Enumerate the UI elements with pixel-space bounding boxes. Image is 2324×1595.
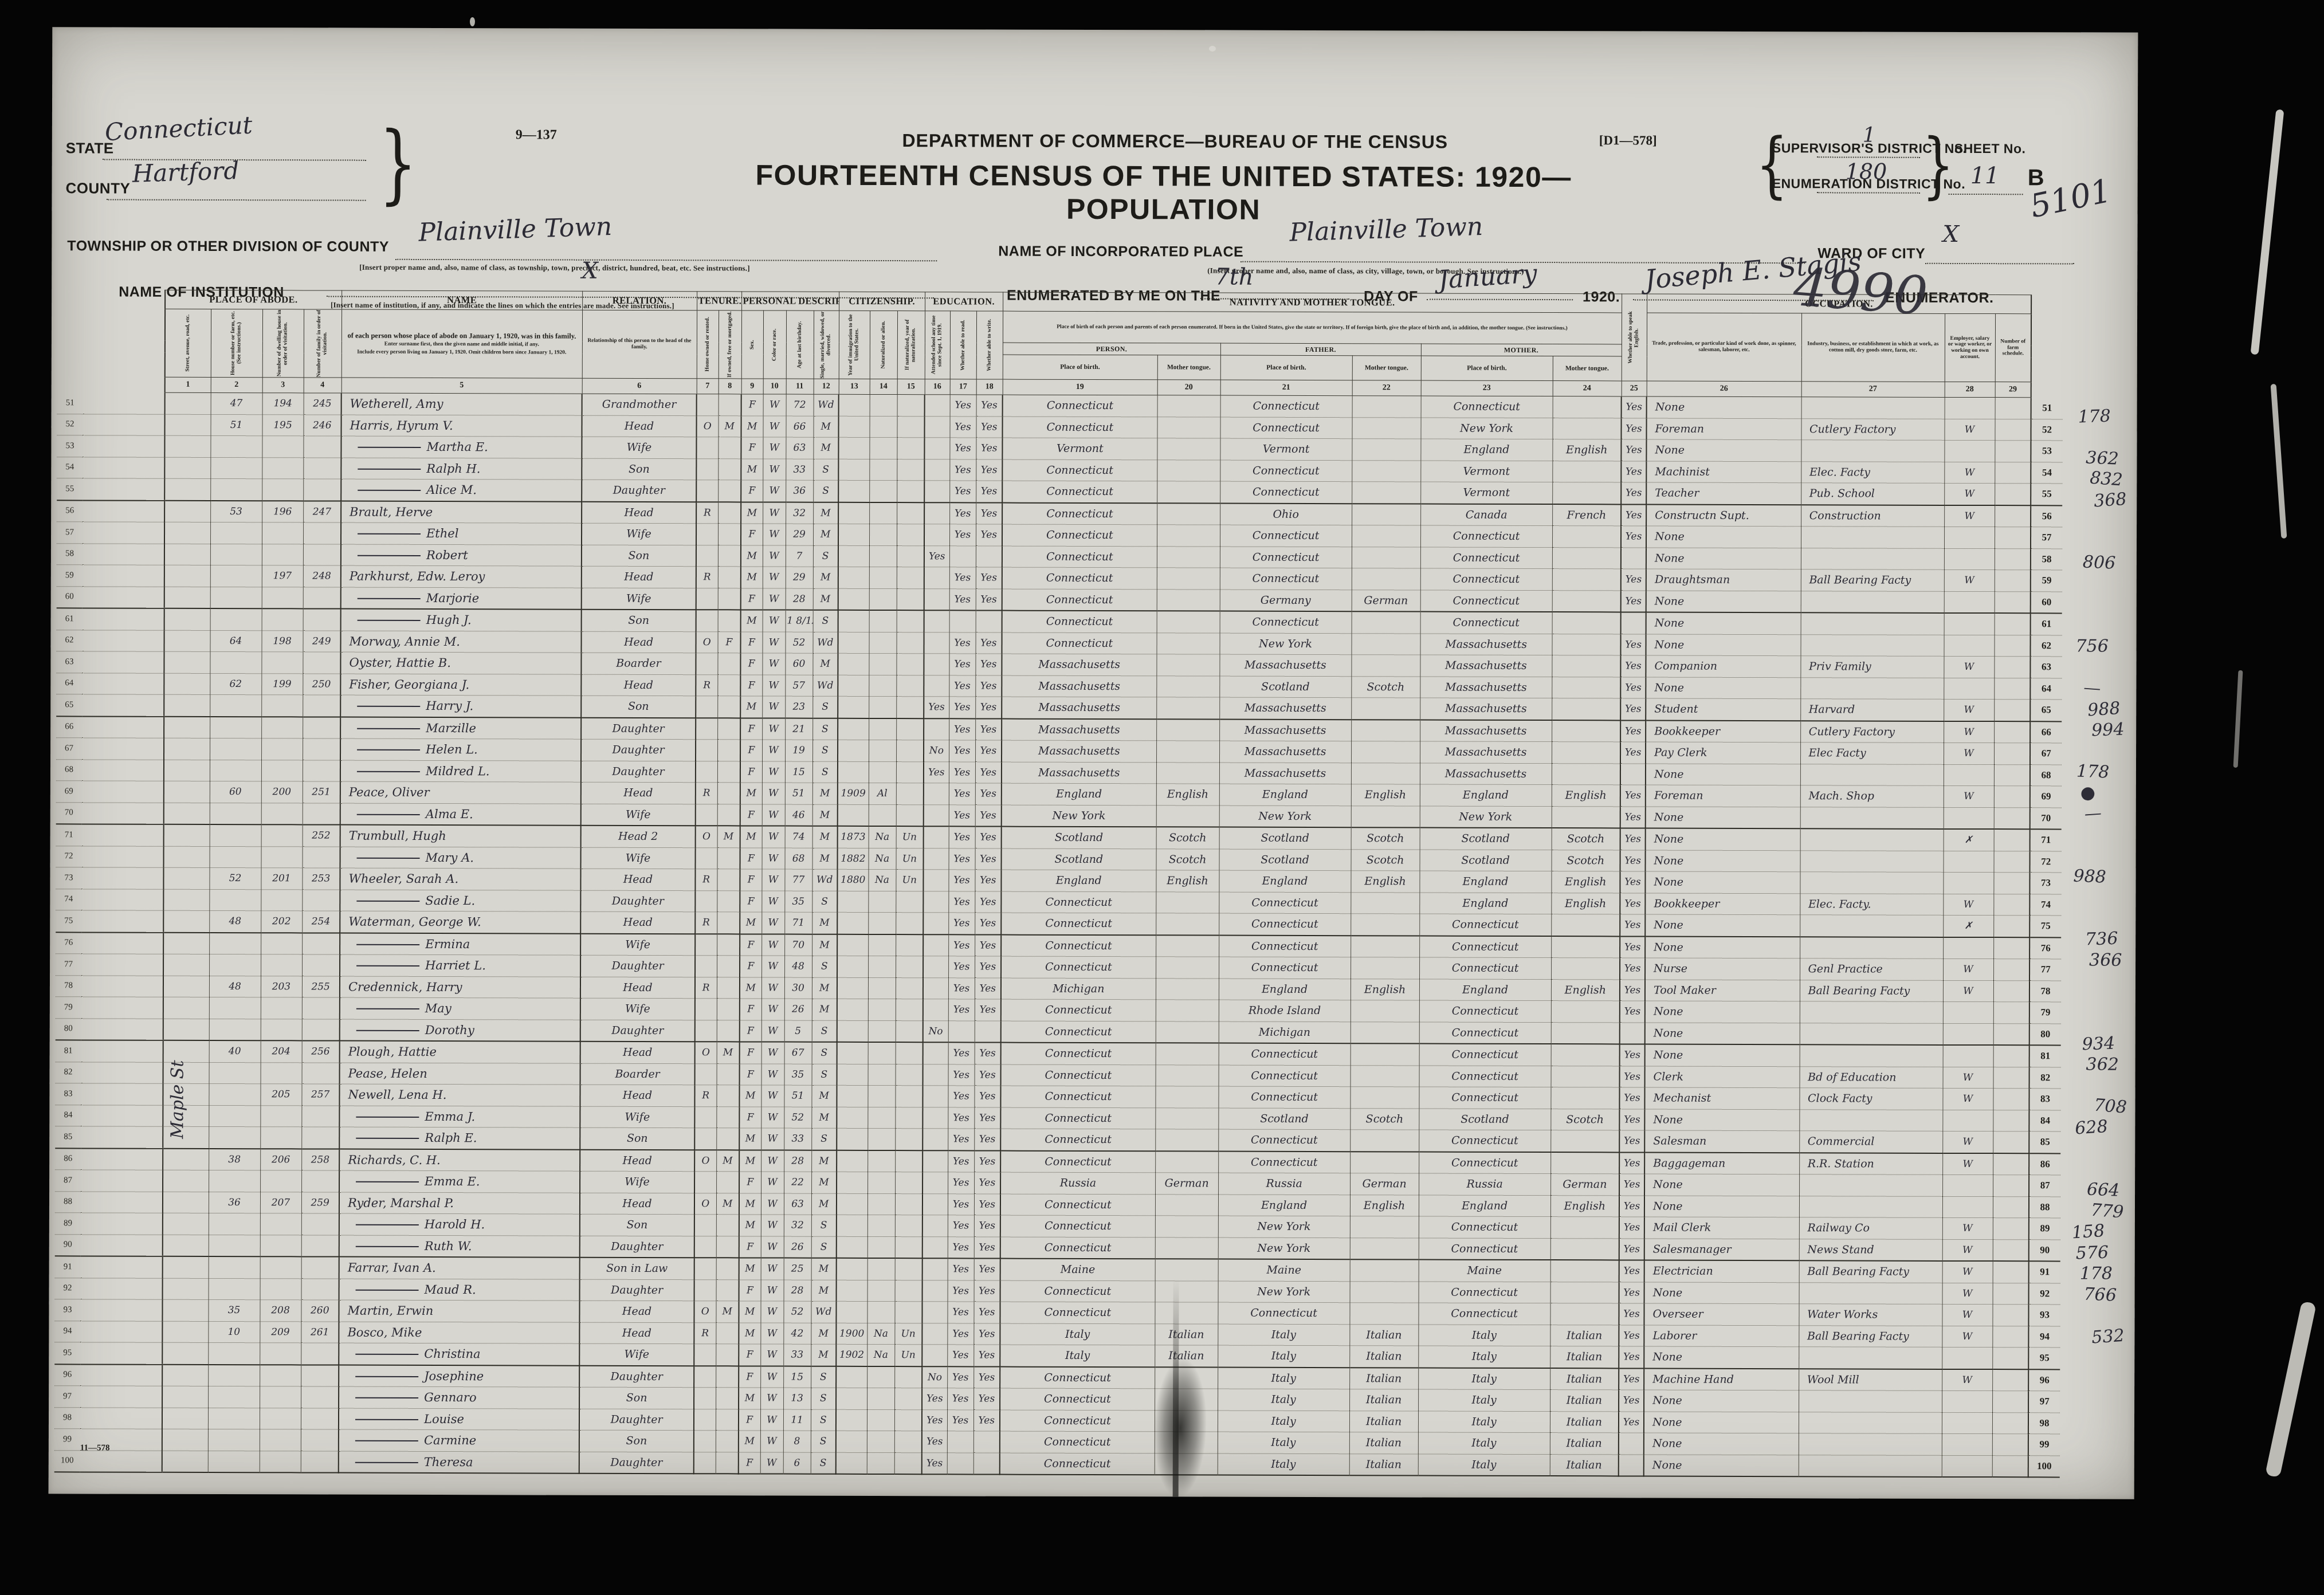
col-number-25: 25 (1622, 381, 1647, 396)
cell-dw (262, 587, 303, 608)
cell-sex: F (739, 1366, 760, 1388)
cell-bpt (1156, 935, 1219, 957)
cell-ind (1799, 1433, 1942, 1455)
col-number-14: 14 (870, 379, 897, 394)
line-number-right: 96 (2028, 1369, 2060, 1391)
cell-age: 77 (784, 869, 812, 891)
col-number-21: 21 (1220, 380, 1352, 396)
line-number-left: 81 (56, 1040, 81, 1062)
cell-fbp: Russia (1218, 1173, 1350, 1195)
line-number-left: 73 (56, 867, 81, 889)
cell-ten: R (695, 977, 717, 999)
cell-mbpt (1550, 1303, 1619, 1325)
cell-naty (896, 934, 923, 956)
cell-sch: No (924, 740, 949, 762)
cell-fam (301, 1256, 339, 1278)
cell-farm (1994, 764, 2030, 786)
cell-rel: Head (580, 977, 695, 999)
cell-rd: Yes (948, 1215, 974, 1237)
cell-fam (302, 1062, 340, 1084)
cell-naty (894, 1366, 922, 1388)
cell-mtg (717, 804, 740, 826)
cell-bp: Scotland (1002, 848, 1156, 870)
margin-gap (81, 1278, 163, 1299)
cell-mbpt: Italian (1550, 1454, 1619, 1476)
scan-streak (2251, 109, 2284, 355)
cell-mar: M (812, 999, 837, 1020)
cell-sch (923, 913, 948, 934)
cell-cls (1944, 678, 1994, 700)
cell-mbpt (1552, 655, 1620, 677)
margin-gap (83, 565, 164, 587)
col-header-11: Single, married, widowed, or divorced. (814, 311, 839, 379)
line-number-left: 87 (55, 1170, 81, 1192)
cell-sex: M (740, 912, 761, 934)
township-value: Plainville Town (418, 212, 613, 247)
cell-rd: Yes (948, 1086, 974, 1107)
cell-mbp: Vermont (1420, 460, 1552, 482)
cell-fbp: Connecticut (1218, 1302, 1350, 1324)
cell-cls (1944, 807, 1994, 829)
cell-ten: R (696, 783, 717, 804)
cell-h: 52 (209, 867, 261, 889)
line-number-left: 69 (56, 781, 82, 803)
cell-ten: O (694, 1301, 716, 1323)
cell-eng: Yes (1620, 936, 1645, 958)
cell-sex: M (739, 1150, 761, 1172)
cell-rel: Son (580, 1214, 694, 1236)
cell-fbp: New York (1218, 1237, 1350, 1260)
margin-gap (82, 716, 164, 738)
cell-fbp: Connecticut (1218, 1129, 1350, 1152)
cell-mar: S (811, 1236, 837, 1258)
cell-age: 33 (783, 1344, 811, 1366)
cell-fam (301, 1451, 339, 1472)
cell-st (164, 673, 210, 695)
cell-cls: W (1944, 721, 1994, 742)
cell-mbpt (1550, 1217, 1619, 1239)
cell-ind: Clock Facty (1799, 1088, 1942, 1110)
cell-naty (897, 610, 924, 632)
cell-col: W (763, 437, 786, 459)
cell-eng: Yes (1620, 655, 1646, 677)
line-number-right: 53 (2031, 441, 2062, 462)
line-number-right: 56 (2031, 505, 2062, 527)
cell-mbp: Massachusetts (1420, 633, 1552, 655)
cell-ten (694, 1366, 716, 1388)
cell-wr: Yes (975, 675, 1002, 697)
cell-name: Marzille (340, 717, 581, 739)
group-tenure: TENURE. (697, 292, 741, 311)
margin-gap (80, 1299, 162, 1321)
cell-rel: Boarder (580, 1063, 695, 1085)
cell-ind: Mach. Shop (1800, 785, 1944, 807)
cell-mar: S (813, 545, 838, 567)
cell-bp: Connecticut (1000, 1194, 1155, 1216)
cell-fbp: Massachusetts (1219, 654, 1351, 676)
cell-ten: O (696, 415, 718, 437)
cell-fam (303, 436, 341, 458)
cell-mar: M (813, 524, 838, 545)
cell-fbp: Germany (1220, 590, 1352, 612)
cell-bp: Connecticut (1000, 1366, 1155, 1389)
cell-farm (1995, 441, 2031, 462)
cell-nat (867, 1215, 895, 1236)
cell-mar: M (812, 653, 838, 675)
cell-wr: Yes (975, 718, 1002, 740)
cell-h (210, 435, 262, 457)
line-number-left: 70 (56, 802, 82, 824)
cell-occ: Pay Clerk (1646, 742, 1800, 764)
person-row-100: 100TheresaDaughterFW6SYesConnecticutItal… (54, 1450, 2060, 1477)
line-number-left: 95 (54, 1342, 80, 1364)
cell-sch (922, 1258, 948, 1280)
cell-rd: Yes (948, 891, 975, 913)
cell-fbp: Italy (1218, 1432, 1349, 1453)
cell-mtg (717, 761, 740, 783)
cell-fbpt (1350, 1087, 1419, 1109)
cell-cls: W (1944, 462, 1995, 484)
cell-age: 32 (784, 1215, 811, 1236)
cell-nat (869, 567, 897, 588)
cell-dw (261, 760, 303, 781)
cell-farm (1992, 1455, 2028, 1477)
cell-naty (897, 416, 925, 438)
cell-naty (894, 1409, 922, 1431)
cell-fbpt (1351, 914, 1419, 936)
line-number-left: 76 (56, 932, 81, 954)
cell-ind: Water Works (1799, 1304, 1942, 1326)
cell-age: 7 (786, 545, 813, 567)
cell-bpt (1156, 978, 1219, 1000)
cell-bp: England (1002, 783, 1156, 805)
margin-gap (80, 1342, 162, 1364)
cell-imm (838, 610, 869, 632)
cell-mbpt (1552, 698, 1620, 720)
cell-st (164, 565, 210, 587)
cell-mbp: Connecticut (1419, 914, 1551, 936)
cell-mbp: Massachusetts (1420, 676, 1552, 698)
census-sheet-page: 9—137 STATE Connecticut COUNTY Hartford … (49, 27, 2138, 1499)
cell-mbp: Connecticut (1419, 1216, 1550, 1238)
cell-name: Marjorie (341, 587, 582, 610)
cell-rel: Wife (580, 998, 695, 1020)
cell-mbp: Connecticut (1420, 525, 1552, 547)
cell-ten (696, 458, 718, 480)
cell-bpt (1157, 438, 1220, 460)
cell-mtg (716, 1236, 739, 1258)
cell-fbp: Connecticut (1220, 460, 1352, 482)
cell-ind (1801, 440, 1944, 462)
cell-mar: S (811, 1366, 836, 1388)
cell-nat (869, 545, 897, 567)
cell-fbpt (1351, 1065, 1419, 1087)
cell-bp: Connecticut (1001, 934, 1156, 957)
cell-h (208, 1364, 260, 1386)
cell-sex: M (740, 826, 762, 847)
cell-farm (1993, 1175, 2029, 1197)
cell-wr (973, 1452, 1000, 1474)
cell-sch (922, 1150, 948, 1172)
cell-cls (1943, 937, 1993, 958)
cell-ten: O (696, 631, 718, 653)
cell-fam: 247 (303, 501, 341, 522)
line-number-left: 86 (55, 1148, 81, 1170)
cell-eng: Yes (1622, 396, 1647, 418)
cell-age: 63 (784, 1193, 811, 1215)
cell-wr: Yes (975, 740, 1002, 762)
line-number-right: 55 (2031, 484, 2062, 505)
cell-fam (302, 889, 340, 911)
cell-bpt (1156, 1000, 1219, 1022)
cell-rd: Yes (947, 1302, 973, 1323)
line-number-left: 60 (57, 586, 83, 608)
cell-mtg (717, 1020, 740, 1042)
cell-cls: W (1943, 1067, 1993, 1089)
cell-rd: Yes (947, 1323, 973, 1345)
cell-eng: Yes (1619, 1411, 1644, 1433)
cell-imm (837, 1042, 868, 1064)
cell-mbp: Vermont (1420, 482, 1552, 504)
cell-eng: Yes (1621, 569, 1646, 591)
cell-fbpt (1351, 1000, 1419, 1022)
cell-nat (867, 1150, 895, 1172)
cell-age: 22 (784, 1172, 811, 1193)
cell-eng: Yes (1620, 677, 1646, 698)
margin-gap (82, 802, 164, 824)
cell-rd: Yes (949, 826, 975, 848)
cell-age: 11 (783, 1409, 811, 1431)
cell-mtg (717, 977, 740, 999)
cell-bp: Scotland (1002, 827, 1156, 849)
cell-occ: Salesmanager (1644, 1239, 1799, 1261)
cell-fbpt (1350, 1281, 1419, 1303)
cell-occ: None (1645, 1044, 1800, 1067)
cell-bp: Connecticut (1000, 1431, 1155, 1453)
cell-mtg (716, 1258, 739, 1279)
cell-nat: Al (869, 783, 896, 804)
cell-name: Gennaro (339, 1386, 579, 1409)
cell-fam (301, 1235, 339, 1256)
cell-ind (1800, 677, 1944, 699)
cell-ind: Ball Bearing Facty (1801, 569, 1944, 591)
cell-st (163, 1148, 209, 1170)
cell-fam (301, 1429, 339, 1451)
cell-cls: W (1944, 505, 1995, 527)
col-number-24: 24 (1553, 381, 1622, 396)
cell-nat (869, 761, 896, 783)
cell-imm (837, 1020, 868, 1042)
cell-age: 6 (783, 1452, 811, 1474)
cell-fam (301, 1408, 339, 1429)
col-header-street: Street, avenue, road, etc. (165, 309, 211, 377)
cell-fbpt (1352, 525, 1420, 547)
cell-h (210, 716, 261, 738)
cell-fam (301, 1386, 339, 1408)
margin-gap (82, 781, 164, 803)
cell-occ: Companion (1646, 655, 1800, 677)
cell-occ: None (1647, 396, 1801, 418)
cell-fbp: Connecticut (1220, 547, 1352, 568)
margin-tally-93: 178 (2080, 1264, 2113, 1284)
cell-col: W (761, 1150, 784, 1172)
cell-name: Plough, Hattie (340, 1041, 580, 1063)
cell-ten: R (695, 869, 717, 891)
cell-mbp: Massachusetts (1420, 655, 1552, 677)
cell-ind: Cutlery Factory (1801, 418, 1945, 440)
cell-fam (303, 738, 340, 760)
cell-dw (260, 1343, 301, 1365)
cell-mbp: England (1419, 892, 1551, 914)
col-header-9: Color or race. (763, 311, 786, 379)
cell-mar: S (812, 956, 837, 977)
cell-ind (1799, 1174, 1942, 1196)
cell-nat (868, 1042, 896, 1064)
cell-sex: M (739, 1258, 761, 1279)
cell-fam (303, 652, 340, 674)
cell-h (208, 1429, 260, 1451)
cell-fbpt (1352, 504, 1420, 525)
cell-sch (922, 1302, 947, 1323)
cell-fbpt (1352, 396, 1421, 418)
cell-age: 30 (784, 977, 812, 999)
cell-name: Emma E. (339, 1170, 580, 1193)
cell-col: W (763, 524, 786, 545)
margin-gap (83, 478, 164, 500)
cell-wr: Yes (975, 1064, 1001, 1086)
cell-fbp: New York (1220, 633, 1352, 655)
line-number-left: 80 (56, 1018, 81, 1040)
cell-age: 51 (784, 1085, 811, 1107)
line-number-right: 99 (2028, 1434, 2060, 1456)
cell-mbpt: Italian (1550, 1325, 1619, 1346)
col-header-speak-english: Whether able to speak English. (1622, 294, 1647, 381)
cell-farm (1992, 1412, 2028, 1434)
cell-dw (261, 803, 303, 824)
cell-wr (975, 1020, 1001, 1042)
incorporated-value: Plainville Town (1289, 212, 1483, 247)
county-value: Hartford (132, 156, 240, 188)
cell-occ: Machine Hand (1644, 1368, 1799, 1390)
cell-cls (1944, 613, 1995, 635)
cell-farm (1993, 1196, 2029, 1218)
cell-bpt: English (1156, 784, 1219, 806)
cell-age: 67 (784, 1042, 812, 1064)
cell-rel: Head (582, 566, 696, 588)
cell-age: 33 (784, 1128, 811, 1150)
margin-gap (82, 651, 164, 673)
cell-mtg (718, 610, 741, 631)
cell-cls: W (1942, 1217, 1993, 1239)
cell-bp: Vermont (1002, 438, 1157, 459)
cell-col: W (760, 1452, 783, 1474)
cell-ten (695, 1063, 717, 1085)
cell-fbpt (1351, 741, 1420, 763)
cell-fbpt (1350, 1259, 1419, 1281)
line-number-right: 92 (2029, 1283, 2060, 1305)
cell-dw (260, 1451, 301, 1472)
cell-fbpt: English (1351, 979, 1419, 1000)
cell-nat (867, 1431, 894, 1452)
cell-nat (869, 718, 896, 740)
line-number-left: 96 (54, 1364, 80, 1386)
cell-bp: Connecticut (1000, 1302, 1155, 1323)
cell-eng: Yes (1619, 1390, 1644, 1412)
cell-nat (869, 696, 896, 718)
cell-ind (1800, 1023, 1943, 1045)
cell-name: Newell, Lena H. (339, 1084, 580, 1106)
cell-h: 10 (208, 1321, 260, 1343)
group-citizenship: CITIZENSHIP. (839, 292, 925, 311)
cell-sch (922, 1215, 948, 1237)
cell-fbp: Italy (1218, 1411, 1349, 1432)
cell-bp: Maine (1000, 1259, 1155, 1281)
cell-h: 60 (210, 781, 261, 803)
cell-bp: Connecticut (1001, 1043, 1156, 1065)
cell-fbp: England (1219, 784, 1351, 806)
cell-occ: None (1644, 1282, 1799, 1304)
cell-fbpt: English (1351, 784, 1420, 806)
cell-col: W (761, 1063, 784, 1085)
cell-eng: Yes (1621, 461, 1646, 482)
cell-sex: F (740, 934, 761, 956)
cell-bpt (1157, 568, 1220, 590)
cell-fam (303, 522, 341, 544)
sheet-line (1949, 194, 2023, 195)
cell-st (164, 781, 210, 803)
cell-rel: Son (582, 610, 696, 632)
cell-nat (869, 610, 897, 632)
cell-ten (696, 437, 718, 459)
cell-col: W (763, 458, 786, 480)
margin-gap (81, 1083, 163, 1105)
group-relation: RELATION. (582, 291, 697, 311)
cell-imm (838, 459, 869, 481)
cell-ten (694, 1236, 716, 1258)
cell-ind: Priv Family (1800, 656, 1944, 678)
margin-gap (81, 889, 163, 910)
cell-mar: M (812, 804, 838, 826)
cell-wr: Yes (975, 804, 1002, 826)
cell-st (162, 1321, 208, 1343)
cell-dw (260, 1386, 301, 1408)
cell-bp: Connecticut (1001, 891, 1156, 913)
cell-mar: M (811, 1258, 837, 1280)
cell-mar: S (811, 1128, 837, 1150)
cell-mbp: Italy (1418, 1324, 1550, 1346)
col-number-19: 19 (1003, 379, 1157, 395)
cell-name: Waterman, George W. (340, 911, 580, 933)
cell-sex: F (741, 631, 763, 653)
line-number-left: 100 (54, 1450, 80, 1472)
cell-cls (1944, 635, 1995, 657)
cell-ten: O (696, 826, 717, 847)
cell-name: Parkhurst, Edw. Leroy (341, 565, 582, 588)
cell-rel: Head (580, 1193, 694, 1215)
ink-smudge (1152, 1358, 1208, 1498)
cell-mbpt: German (1550, 1174, 1619, 1196)
cell-farm (1993, 1002, 2029, 1024)
cell-eng (1619, 1433, 1644, 1455)
cell-bp: Connecticut (1000, 1453, 1155, 1475)
cell-mbp: Italy (1418, 1346, 1550, 1368)
cell-rel: Head (581, 674, 696, 696)
cell-fam: 260 (301, 1300, 339, 1322)
margin-gap (80, 1386, 162, 1408)
cell-fbpt: Italian (1349, 1346, 1418, 1368)
line-number-left: 85 (55, 1126, 81, 1148)
col-header-farm-schedule: Number of farm schedule. (1995, 314, 2031, 382)
